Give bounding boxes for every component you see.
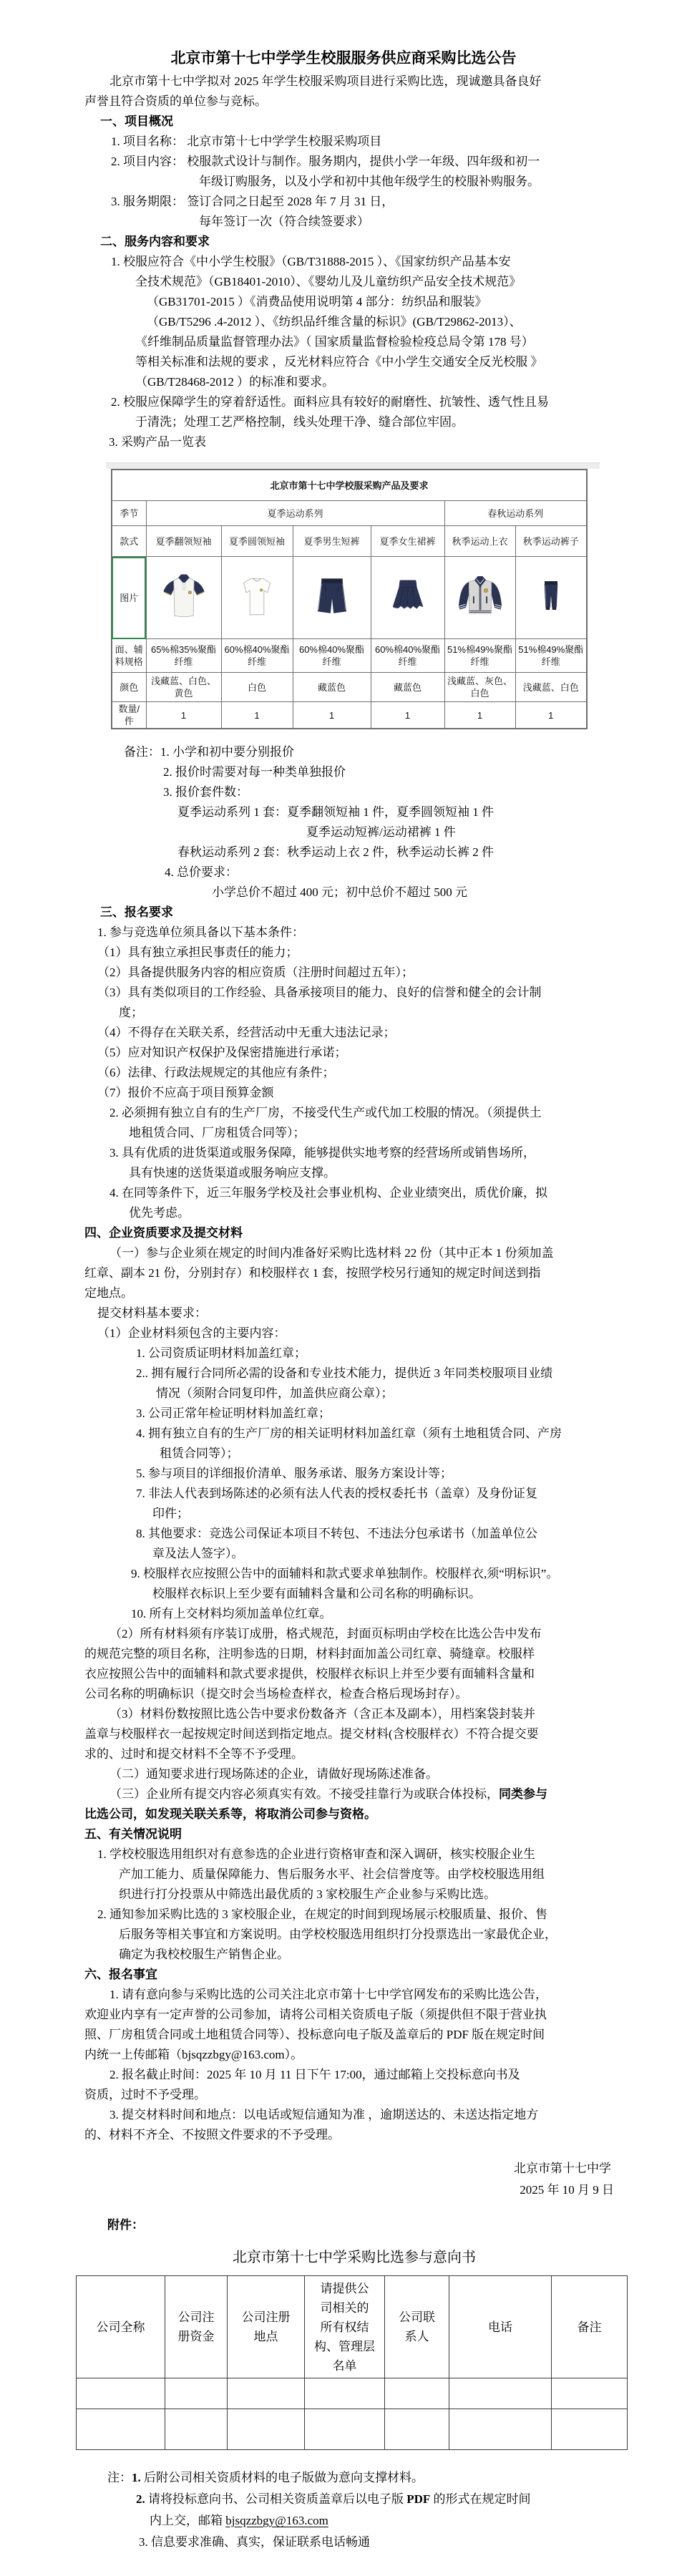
text-line: 的规范完整的项目名称，注明参选的日期，材料封面加盖公司红章、骑缝章。校服样 (84, 1644, 624, 1664)
attachment-empty-cell (77, 2378, 165, 2409)
page-title: 北京市第十七中学学生校服服务供应商采购比选公告 (0, 0, 687, 72)
attachment-table: 公司全称公司注 册资金公司注册 地点请提供公 司相关的 所有权结 构、管理层 名… (76, 2275, 628, 2450)
text-line: 定地点。 (84, 1283, 624, 1303)
product-table-style-row: 款式夏季翻领短袖夏季圆领短袖夏季男生短裤夏季女生裙裤秋季运动上衣秋季运动裤子 (112, 526, 587, 557)
attachment-label: 附件： (84, 2215, 624, 2235)
style-cell: 夏季男生短裤 (293, 526, 371, 557)
section-heading-6: 六、报名事宜 (84, 1965, 624, 1985)
text-line: 求的、过时和提交材料不全等不予受理。 (84, 1744, 624, 1764)
text-line: 章及法人签字）。 (84, 1544, 624, 1564)
text-line: 于清洗；处理工艺严格控制，线头处理干净、缝合部位牢固。 (84, 412, 624, 432)
text-line: 印件； (84, 1504, 624, 1524)
text-line: 夏季运动系列 1 套：夏季翻领短袖 1 件，夏季圆领短袖 1 件 (84, 802, 624, 822)
text-line: 资质，过时不予受理。 (84, 2085, 624, 2105)
text-line: 小学总价不超过 400 元；初中总价不超过 500 元 (84, 883, 624, 903)
boys-shorts-icon (306, 560, 359, 632)
text-line: （二）通知要求进行现场陈述的企业，请做好现场陈述准备。 (84, 1764, 624, 1784)
attachment-empty-cell (77, 2409, 165, 2450)
text-line: 2.. 拥有履行合同所必需的设备和专业技术能力，提供近 3 年同类校服项目业绩 (84, 1364, 624, 1384)
spacer (84, 2450, 624, 2467)
product-table-title: 北京市第十七中学校服采购产品及要求 (112, 470, 587, 501)
girls-skort-image (371, 557, 444, 639)
qty-cell: 1 (293, 702, 371, 729)
attachment-title: 北京市第十七中学采购比选参与意向书 (84, 2247, 624, 2268)
text-line: 8. 其他要求：竞选公司保证本项目不转包、不违法分包承诺书（加盖单位公 (84, 1524, 624, 1544)
text-line: 3. 公司正常年检证明材料加盖红章； (84, 1404, 624, 1424)
color-cell: 浅藏蓝、白色 (515, 673, 587, 702)
product-table-season-row: 季节夏季运动系列春秋运动系列 (112, 501, 587, 526)
product-table-title-row: 北京市第十七中学校服采购产品及要求 (112, 470, 587, 501)
section-heading-5: 五、有关情况说明 (84, 1824, 624, 1844)
autumn-pants-image (515, 557, 587, 639)
text-line: 北京市第十七中学拟对 2025 年学生校服采购项目进行采购比选，现诚邀具备良好 (84, 72, 624, 92)
text-line: 照、厂房租赁合同或土地租赁合同等）、投标意向电子版及盖章后的 PDF 版在规定时… (84, 2025, 624, 2045)
polo-shirt-image (146, 557, 221, 639)
attachment-empty-cell (165, 2409, 228, 2450)
qty-label: 数量/件 (112, 702, 146, 729)
text-line: 春秋运动系列 2 套：秋季运动上衣 2 件，秋季运动长裤 2 件 (84, 842, 624, 862)
text-line: 3. 提交材料时间和地点：以电话或短信通知为准 ，逾期送达的、未送达指定地方 (84, 2105, 624, 2125)
style-cell: 秋季运动裤子 (515, 526, 587, 557)
text-run: （三）企业所有提交内容必须真实有效。不接受挂靠行为或联合体投标， (109, 1787, 499, 1801)
text-run: 2. (136, 2492, 148, 2506)
text-line: 盖章与校服样衣一起按规定时间送到指定地点。提交材料(含校服样衣）不符合提交要 (84, 1724, 624, 1744)
attachment-empty-cell (165, 2378, 228, 2409)
text-line: （2）所有材料须有序装订成册，格式规范，封面页标明由学校在比选公告中发布 (84, 1624, 624, 1644)
fabric-cell: 51%棉49%聚酯 纤维 (515, 639, 587, 673)
qty-cell: 1 (444, 702, 515, 729)
text-line: 9. 校服样衣应按照公告中的面辅料和款式要求单独制作。校服样衣,须“明标识”。 (84, 1564, 624, 1584)
attachment-header-cell: 备注 (552, 2276, 628, 2378)
style-cell: 秋季运动上衣 (444, 526, 515, 557)
autumn-jacket-image (444, 557, 515, 639)
attachment-header-cell: 请提供公 司相关的 所有权结 构、管理层 名单 (305, 2276, 385, 2378)
text-line: 3. 具有优质的进货渠道或服务保障，能够提供实地考察的经营场所或销售场所， (84, 1143, 624, 1163)
attachment-empty-cell (228, 2409, 305, 2450)
text-line: 公司名称的明确标识（提交时会当场检查样衣，检查合格后现场封存）。 (84, 1684, 624, 1704)
text-line: 1. 请有意向参与采购比选的公司关注北京市第十七中学官网发布的采购比选公告， (84, 1985, 624, 2005)
season-label: 季节 (112, 501, 146, 526)
text-line: 4. 在同等条件下，近三年服务学校及社会事业机构、企业业绩突出，质优价廉，拟 (84, 1183, 624, 1203)
text-line: 2. 校服应保障学生的穿着舒适性。面料应具有较好的耐磨性、抗皱性、透气性且易 (84, 392, 624, 412)
color-label: 颜色 (112, 673, 146, 702)
qty-cell: 1 (146, 702, 221, 729)
attachment-empty-cell (552, 2409, 628, 2450)
autumn-pants-icon (530, 560, 572, 632)
product-table: 北京市第十七中学校服采购产品及要求季节夏季运动系列春秋运动系列款式夏季翻领短袖夏… (111, 469, 588, 729)
text-line: （6）法律、行政法规规定的其他应有条件； (84, 1063, 624, 1083)
text-line: 3. 报价套件数： (84, 782, 624, 802)
style-cell: 夏季女生裙裤 (371, 526, 444, 557)
text-line: 3. 采购产品一览表 (84, 432, 624, 452)
text-run: 的形式在规定时间 (430, 2492, 530, 2506)
text-line: 2. 报名截止时间：2025 年 10 月 11 日下午 17:00，通过邮箱上… (84, 2065, 624, 2085)
text-line: （7）报价不应高于项目预算金额 (84, 1083, 624, 1103)
text-line: （1）具有独立承担民事责任的能力； (84, 943, 624, 963)
color-cell: 浅藏蓝、灰色、 白色 (444, 673, 515, 702)
text-line: 度； (84, 1003, 624, 1023)
fabric-label: 面、辅 料规格 (112, 639, 146, 673)
text-line: 织进行打分投票从中筛选出最优质的 3 家校服生产企业参与采购比选。 (84, 1885, 624, 1905)
text-run: 同类参与 (499, 1787, 547, 1801)
document-page: 北京市第十七中学学生校服服务供应商采购比选公告 北京市第十七中学拟对 2025 … (0, 0, 687, 2576)
text-line: 2. 报价时需要对每一种类单独报价 (84, 762, 624, 782)
text-line: 红章、副本 21 份，分别封存）和校服样衣 1 套，按照学校另行通知的规定时间送… (84, 1263, 624, 1283)
spacer (84, 2268, 624, 2275)
text-run: 注： (107, 2471, 132, 2484)
text-line: 内上交，邮箱 bjsqzzbgy@163.com (84, 2510, 624, 2532)
product-table-image-row: 图片 (112, 557, 587, 639)
fabric-cell: 60%棉40%聚酯 纤维 (371, 639, 444, 673)
round-neck-tee-image (221, 557, 293, 639)
text-line: 2. 项目内容： 校服款式设计与制作。服务期内，提供小学一年级、四年级和初一 (84, 152, 624, 172)
attachment-empty-cell (305, 2378, 385, 2409)
text-run: 内上交，邮箱 (150, 2514, 225, 2527)
text-line: 全技术规范》（GB18401-2010）、《婴幼儿及儿童纺织产品安全技术规范》 (84, 272, 624, 292)
text-line: 夏季运动短裤/运动裙裤 1 件 (84, 822, 624, 842)
text-line: 提交材料基本要求： (84, 1303, 624, 1323)
signature-org: 北京市第十七中学 (84, 2158, 624, 2179)
season-group: 春秋运动系列 (444, 501, 587, 526)
document-body: 北京市第十七中学拟对 2025 年学生校服采购项目进行采购比选，现诚邀具备良好声… (0, 72, 687, 2553)
product-table-qty-row: 数量/件111111 (112, 702, 587, 729)
attachment-empty-cell (228, 2378, 305, 2409)
text-line: （1）企业材料须包含的主要内容： (84, 1323, 624, 1343)
fabric-cell: 60%棉40%聚酯 纤维 (221, 639, 293, 673)
attachment-empty-row (77, 2378, 628, 2409)
image-label: 图片 (112, 557, 146, 639)
color-cell: 藏蓝色 (293, 673, 371, 702)
fabric-cell: 60%棉40%聚酯 纤维 (293, 639, 371, 673)
text-run: PDF (406, 2492, 430, 2506)
boys-shorts-image (293, 557, 371, 639)
text-line: （GB/T5296 .4-2012 ）、《纺织品纤维含量的标识》(GB/T298… (84, 312, 624, 332)
signature-date: 2025 年 10 月 9 日 (84, 2179, 624, 2201)
attachment-header-cell: 公司全称 (77, 2276, 165, 2378)
section-heading-4: 四、企业资质要求及提交材料 (84, 1223, 624, 1243)
product-table-fabric-row: 面、辅 料规格65%棉35%聚酯 纤维60%棉40%聚酯 纤维60%棉40%聚酯… (112, 639, 587, 673)
section-heading-3: 三、报名要求 (84, 903, 624, 923)
text-run: 后附公司相关资质材料的电子版做为意向支撑材料。 (144, 2471, 424, 2484)
text-line: 2. 必须拥有独立自有的生产厂房，不接受代生产或代加工校服的情况。（须提供土 (84, 1103, 624, 1123)
style-label: 款式 (112, 526, 146, 557)
style-cell: 夏季翻领短袖 (146, 526, 221, 557)
fabric-cell: 65%棉35%聚酯 纤维 (146, 639, 221, 673)
qty-cell: 1 (515, 702, 587, 729)
text-line: 《纤维制品质量监督管理办法》（ 国家质量监督检验检疫总局令第 178 号） (84, 332, 624, 352)
attachment-empty-cell (449, 2378, 552, 2409)
attachment-empty-cell (449, 2409, 552, 2450)
style-cell: 夏季圆领短袖 (221, 526, 293, 557)
text-line: 1. 学校校服选用组织对有意参选的企业进行资格审查和深入调研，核实校服企业生 (84, 1844, 624, 1865)
girls-skort-icon (381, 560, 434, 632)
attachment-empty-cell (385, 2378, 449, 2409)
spacer (84, 2145, 624, 2158)
attachment-header-cell: 公司注 册资金 (165, 2276, 228, 2378)
text-line: 3. 服务期限： 签订合同之日起至 2028 年 7 月 31 日， (84, 192, 624, 212)
section-heading-1: 一、项目概况 (84, 112, 624, 132)
color-cell: 浅藏蓝、白色、 黄色 (146, 673, 221, 702)
fabric-cell: 51%棉49%聚酯 纤维 (444, 639, 515, 673)
text-line: （3）具有类似项目的工作经验、具备承接项目的能力、良好的信誉和健全的会计制 (84, 983, 624, 1003)
text-line: 优先考虑。 (84, 1203, 624, 1223)
text-line: 7. 非法人代表到场陈述的必须有法人代表的授权委托书（盖章）及身份证复 (84, 1484, 624, 1504)
attachment-header-cell: 公司注册 地点 (228, 2276, 305, 2378)
text-line: 3. 信息要求准确、真实，保证联系电话畅通 (84, 2532, 624, 2553)
autumn-jacket-icon (452, 560, 509, 632)
qty-cell: 1 (221, 702, 293, 729)
color-cell: 白色 (221, 673, 293, 702)
text-line: 校服样衣标识上至少要有面辅料含量和公司名称的明确标识。 (84, 1584, 624, 1604)
attachment-empty-cell (552, 2378, 628, 2409)
attachment-header-cell: 电话 (449, 2276, 552, 2378)
attachment-empty-cell (385, 2409, 449, 2450)
email-text: bjsqzzbgy@163.com (225, 2514, 328, 2527)
text-line: 的、材料不齐全、不按照文件要求的不予受理。 (84, 2125, 624, 2145)
text-run: 请将投标意向书、公司相关资质盖章后以电子版 (148, 2492, 406, 2506)
text-line: 声誉且符合资质的单位参与竞标。 (84, 92, 624, 112)
text-line: 1. 校服应符合《中小学生校服》（GB/T31888-2015 ）、《国家纺织产… (84, 252, 624, 272)
product-table-wrap: 北京市第十七中学校服采购产品及要求季节夏季运动系列春秋运动系列款式夏季翻领短袖夏… (84, 462, 624, 729)
text-line: 2. 通知参加采购比选的 3 家校服企业，在规定的时间到现场展示校服质量、报价、… (84, 1905, 624, 1925)
text-line: 1. 参与竞选单位须具备以下基本条件： (84, 923, 624, 943)
text-line: 租赁合同等）； (84, 1444, 624, 1464)
text-line: 产加工能力、质量保障能力、售后服务水平、社会信誉度等。由学校校服选用组 (84, 1865, 624, 1885)
section-heading-2: 二、服务内容和要求 (84, 232, 624, 252)
attachment-header-cell: 公司联 系人 (385, 2276, 449, 2378)
text-line: 10. 所有上交材料均须加盖单位红章。 (84, 1604, 624, 1624)
attachment-empty-cell (305, 2409, 385, 2450)
text-line: 每年签订一次（符合续签要求） (84, 212, 624, 232)
polo-shirt-icon (156, 560, 212, 632)
text-line: 1. 项目名称： 北京市第十七中学学生校服采购项目 (84, 132, 624, 152)
text-line: 比选公司，如发现关联关系等，将取消公司参与资格。 (84, 1804, 624, 1824)
spacer (84, 2201, 624, 2215)
text-line: （3）材料份数按照比选公告中要求份数备齐（含正本及副本），用档案袋封装并 (84, 1704, 624, 1724)
text-line: 注：1. 后附公司相关资质材料的电子版做为意向支撑材料。 (84, 2467, 624, 2489)
text-line: 后服务等相关事宜和方案说明。由学校校服选用组织打分投票选出一家最优企业， (84, 1925, 624, 1945)
product-table-color-row: 颜色浅藏蓝、白色、 黄色白色藏蓝色藏蓝色浅藏蓝、灰色、 白色浅藏蓝、白色 (112, 673, 587, 702)
text-line: 年级订购服务，以及小学和初中其他年级学生的校服补购服务。 (84, 172, 624, 192)
text-line: （2）具备提供服务内容的相应资质（注册时间超过五年）； (84, 963, 624, 983)
text-line: 内统一上传邮箱（bjsqzzbgy@163.com）。 (84, 2045, 624, 2065)
qty-cell: 1 (371, 702, 444, 729)
text-line: 衣应按照公告中的面辅料和款式要求提供，校服样衣标识上并至少要有面辅料含量和 (84, 1664, 624, 1684)
text-line: 备注：1. 小学和初中要分别报价 (84, 742, 624, 762)
text-line: （5）应对知识产权保护及保密措施进行承诺； (84, 1043, 624, 1063)
text-line: （GB31701-2015 ）《消费品使用说明第 4 部分：纺织品和服装》 (84, 292, 624, 312)
text-line: 等相关标准和法规的要求 ，反光材料应符合《中小学生交通安全反光校服 》 (84, 352, 624, 372)
text-run: 比选公司，如发现关联关系等，将取消公司参与资格。 (84, 1807, 376, 1821)
attachment-empty-row (77, 2409, 628, 2450)
round-neck-tee-icon (230, 560, 283, 632)
color-cell: 藏蓝色 (371, 673, 444, 702)
text-line: 情况（须附合同复印件，加盖供应商公章）； (84, 1384, 624, 1404)
text-line: （三）企业所有提交内容必须真实有效。不接受挂靠行为或联合体投标，同类参与 (84, 1784, 624, 1804)
text-line: 2. 请将投标意向书、公司相关资质盖章后以电子版 PDF 的形式在规定时间 (84, 2489, 624, 2510)
spacer (84, 729, 624, 742)
attachment-table-header-row: 公司全称公司注 册资金公司注册 地点请提供公 司相关的 所有权结 构、管理层 名… (77, 2276, 628, 2378)
spreadsheet-margin-strip (106, 462, 600, 469)
spacer (84, 2235, 624, 2247)
text-line: 确定为我校校服生产销售企业。 (84, 1945, 624, 1965)
text-line: （一）参与企业须在规定的时间内准备好采购比选材料 22 份（其中正本 1 份须加… (84, 1243, 624, 1263)
text-line: 4. 总价要求： (84, 862, 624, 883)
text-line: 5. 参与项目的详细报价清单、服务承诺、服务方案设计等； (84, 1464, 624, 1484)
season-group: 夏季运动系列 (146, 501, 444, 526)
text-line: 4. 拥有独立自有的生产厂房的相关证明材料加盖红章（须有土地租赁合同、产房 (84, 1424, 624, 1444)
text-line: 具有快速的送货渠道或服务响应支撑。 (84, 1163, 624, 1183)
text-line: 1. 公司资质证明材料加盖红章； (84, 1343, 624, 1364)
text-line: 欢迎业内享有一定声誉的公司参加，请将公司相关资质电子版（须提供但不限于营业执 (84, 2005, 624, 2025)
text-line: （4）不得存在关联关系，经营活动中无重大违法记录； (84, 1023, 624, 1043)
text-line: （GB/T28468-2012 ）的标准和要求。 (84, 372, 624, 392)
text-line: 地租赁合同、厂房租赁合同等）； (84, 1123, 624, 1143)
text-run: 1. (132, 2471, 144, 2484)
